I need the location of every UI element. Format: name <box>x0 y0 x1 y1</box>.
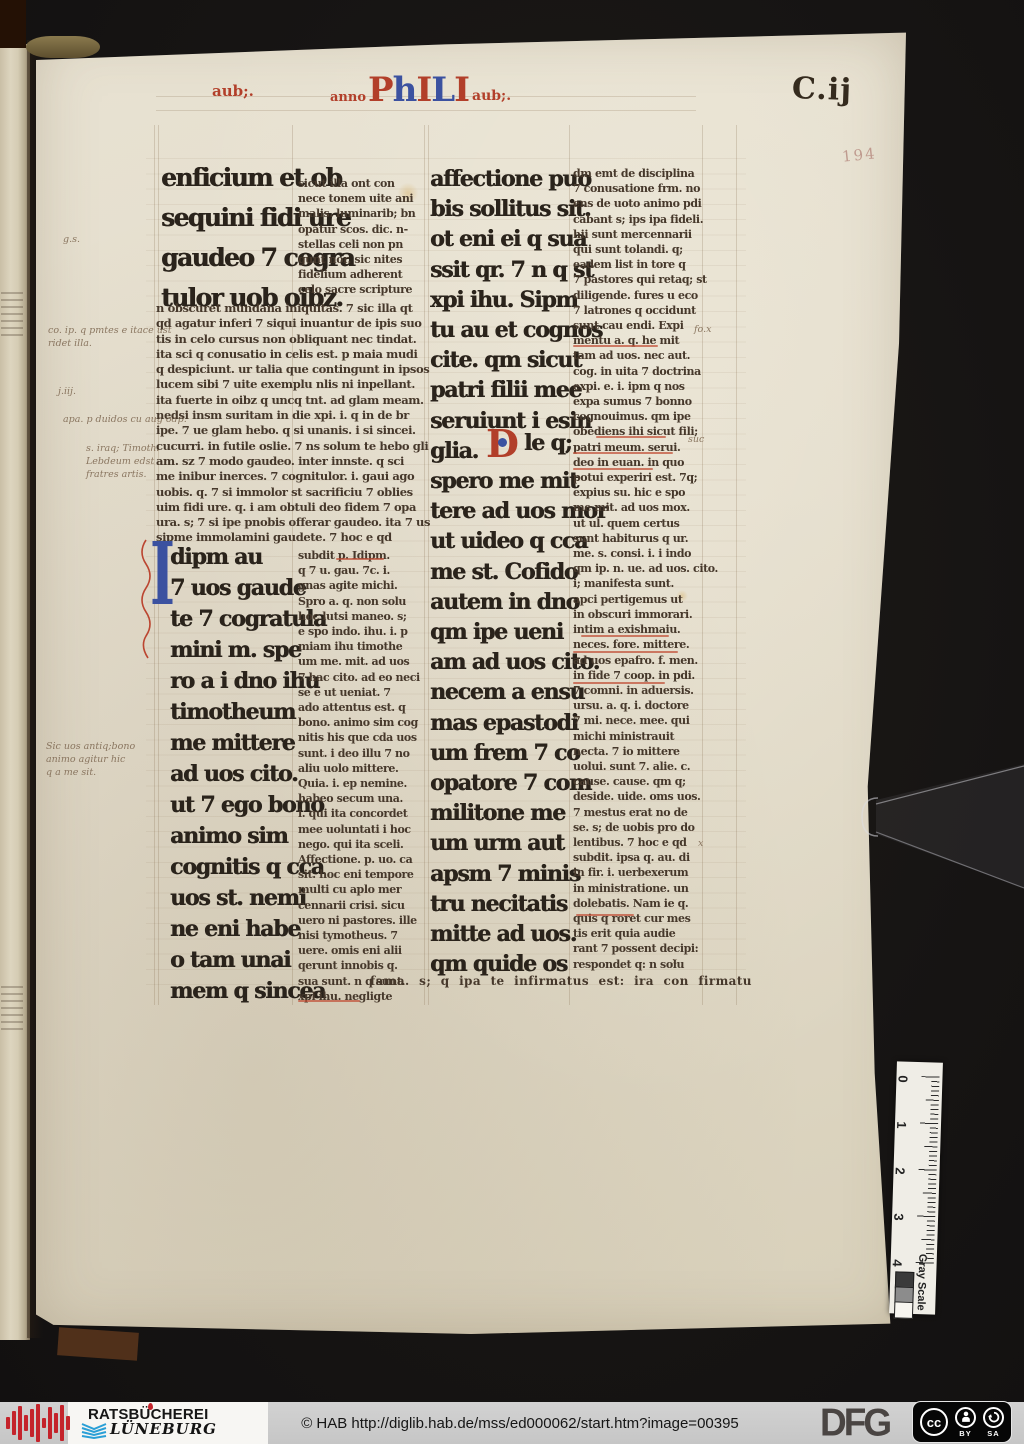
title-letter: I <box>416 70 431 110</box>
text-line: Spro a. q. non solu <box>298 594 428 609</box>
text-line: me. s. consi. i. i indo <box>573 546 701 561</box>
running-title-anno: anno <box>330 90 366 105</box>
margin-note: g.s. <box>63 234 80 245</box>
cc-icon: cc <box>920 1408 948 1436</box>
text-line: se. s; de uobis pro do <box>573 820 701 835</box>
text-line: Lebdeum edst <box>86 455 160 468</box>
text-line: sunt habiturus q ur. <box>573 531 701 546</box>
gloss-column-b-main: subdit p. Idipm.q 7 u. gau. 7c. i.gnas a… <box>298 548 428 1004</box>
rubric-underline <box>573 468 653 470</box>
grayscale-swatch-white <box>894 1301 914 1319</box>
text-line: nece tonem uite ani <box>298 191 428 206</box>
text-line: ut uideo q cca <box>430 526 580 556</box>
text-line: tru necitatis <box>430 889 580 919</box>
text-line: affectione puo <box>430 164 580 194</box>
margin-note: s. iraq; TimothiLebdeum edstfratres arti… <box>86 442 160 481</box>
text-line: fratres artis. <box>86 468 160 481</box>
text-line: expi. e. i. ipm q nos <box>573 379 701 394</box>
text-line: Sic uos antiq;bono <box>46 740 135 753</box>
text-line: me mit. ad uos mox. <box>573 500 701 515</box>
text-line: miam ihu timothe <box>298 639 428 654</box>
text-line: qui sunt tolandi. q; <box>573 242 701 257</box>
book-fan-icon <box>80 1420 108 1440</box>
text-line: sicut illa ont con <box>298 176 428 191</box>
cc-license-badge: cc BY SA <box>912 1401 1012 1443</box>
text-line: 7 mestus erat no de <box>573 805 701 820</box>
initial-d-ornament <box>498 438 507 447</box>
text-line: hii sunt mercennarii <box>573 227 701 242</box>
text-line: bono. animo sim cog <box>298 715 428 730</box>
text-line: patri filii mee <box>430 375 580 405</box>
text-line: cog. in uita 7 doctrina <box>573 364 701 379</box>
text-line: multi cu aplo mer <box>298 882 428 897</box>
rubric-underline <box>576 914 634 916</box>
text-line: nisi tymotheus. 7 <box>298 928 428 943</box>
page-holder-clip <box>852 742 1024 942</box>
text-line: nego. qui ita sceli. <box>298 837 428 852</box>
initial-d-follow: le q; <box>524 428 572 458</box>
text-line: habeo secum una. <box>298 791 428 806</box>
text-line: necta. 7 io mittere <box>573 744 701 759</box>
text-line: ot eni ei q sua <box>430 224 580 254</box>
rubric-underline <box>573 345 658 347</box>
text-line: se e ut ueniat. 7 <box>298 685 428 700</box>
text-line: ura. s; 7 si ipe pnobis offerar gaudeo. … <box>156 515 452 530</box>
text-line: sunt. i deo illu 7 no <box>298 746 428 761</box>
ruler-number: 3 <box>891 1213 906 1221</box>
library-city: LÜNEBURG <box>110 1420 217 1438</box>
facing-page-text-fragment <box>1 986 23 1032</box>
text-line: tis erit quia audie <box>573 926 701 941</box>
text-line: s. iraq; Timothi <box>86 442 160 455</box>
ruler-grayscale-card: 0 1 2 3 4 Gray Scale <box>889 1061 943 1314</box>
text-line: ado attentus est. q <box>298 700 428 715</box>
initial-i: I <box>150 530 175 620</box>
text-line: mas epastodi <box>430 708 580 738</box>
text-line: tere ad uos mor <box>430 496 580 526</box>
text-line: mitte ad uos. <box>430 919 580 949</box>
text-line: 7 mi. nece. mee. qui <box>573 713 701 728</box>
book-page-edges <box>0 44 30 1340</box>
text-line: mee uoluntati i hoc <box>298 822 428 837</box>
dfg-logo: DFG <box>820 1401 889 1444</box>
rubric-underline <box>573 651 678 653</box>
text-line: cognouimus. qm ipe <box>573 409 701 424</box>
manuscript-page: aub;. anno PhILI aub;. C.ij 194 g.s. co.… <box>36 30 906 1334</box>
text-line: cite. qm sicut <box>430 345 580 375</box>
gloss-column-d: dm emt de disciplina7 conusatione frm. n… <box>573 166 701 972</box>
cc-sa-label: SA <box>987 1429 999 1438</box>
text-line: apsm 7 minis <box>430 859 580 889</box>
text-line: cennarii crisi. sicu <box>298 898 428 913</box>
text-line: i; manifesta sunt. <box>573 576 701 591</box>
text-line: am. sz 7 modo gaudeo. inter innste. q sc… <box>156 454 452 469</box>
text-line: ut ul. quem certus <box>573 516 701 531</box>
text-line: 7 conusatione frm. no <box>573 181 701 196</box>
umlaut-dot-red <box>148 1403 153 1410</box>
text-line: animo agitur hic <box>46 753 135 766</box>
text-line: qerunt innobis q. <box>298 958 428 973</box>
text-line: ursu. a. q. i. doctore <box>573 698 701 713</box>
text-line: lentibus. 7 hoc e qd <box>573 835 701 850</box>
ruler-number: 4 <box>890 1259 905 1267</box>
text-line: subdit. ipsa q. au. di <box>573 850 701 865</box>
text-line: am ad uos cito. <box>430 647 580 677</box>
text-line: ssit qr. 7 n q st <box>430 255 580 285</box>
text-line: rant 7 possent decipi: <box>573 941 701 956</box>
text-line: uero ni pastores. ille <box>298 913 428 928</box>
rubric-underline <box>573 452 673 454</box>
chapter-mark: C.ij <box>791 71 852 108</box>
text-line: qd agatur inferi 7 siqui inuantur de ipi… <box>156 316 452 331</box>
text-line: me inibur inerces. 7 cognitulor. i. gaui… <box>156 469 452 484</box>
margin-note: j.iij. <box>58 386 76 397</box>
text-line: apci pertigemus ut <box>573 592 701 607</box>
text-line: lucem sibi 7 uite exemplu nlis ni inpell… <box>156 377 452 392</box>
text-line: opatore 7 com <box>430 768 580 798</box>
text-line: subdit p. Idipm. <box>298 548 428 563</box>
text-line: sunt cau endi. Expi <box>573 318 701 333</box>
text-line: nitis his que cda uos <box>298 730 428 745</box>
text-line: uolui. sunt 7. alie. c. <box>573 759 701 774</box>
gloss-bottom-line: fama. s; q ipa te infirmatus est: ira co… <box>370 974 915 988</box>
text-line: in obscuri immorari. <box>573 607 701 622</box>
text-line: i. qui ita concordet <box>298 806 428 821</box>
text-line: gnas agite michi. <box>298 578 428 593</box>
ruler-number: 1 <box>894 1121 909 1129</box>
text-line: opatur scos. dic. n- <box>298 222 428 237</box>
text-line: in fide 7 coop. in pdi. <box>573 668 701 683</box>
library-soundbars-logo <box>6 1404 70 1442</box>
scan-photograph: aub;. anno PhILI aub;. C.ij 194 g.s. co.… <box>0 0 1024 1444</box>
text-line: cabant s; ips ipa fideli. <box>573 212 701 227</box>
text-line: diligende. fures u eco <box>573 288 701 303</box>
text-line: um me. mit. ad uos <box>298 654 428 669</box>
text-line: Affectione. p. uo. ca <box>298 852 428 867</box>
text-line: q 7 u. gau. 7c. i. <box>298 563 428 578</box>
title-letter: h <box>393 70 417 110</box>
text-line: sit. hoc eni tempore <box>298 867 428 882</box>
text-line: co. ip. q pmtes e itace ust <box>48 324 172 337</box>
text-line: expius su. hic e spo <box>573 485 701 500</box>
text-line: dm emt de disciplina <box>573 166 701 181</box>
text-line: um urm aut <box>430 828 580 858</box>
text-line: tis in celo cursus non obliquant nec tin… <box>156 332 452 347</box>
text-line: hoc lutsi maneo. s; <box>298 609 428 624</box>
text-line: in ministratione. un <box>573 881 701 896</box>
text-line: malis. luminarib; bn <box>298 206 428 221</box>
rubric-underline <box>596 436 666 438</box>
ruler-number: 2 <box>893 1167 908 1175</box>
text-line: ita sci q conusatio in celis est. p maia… <box>156 347 452 362</box>
rubric-underline <box>581 635 669 637</box>
copyright-url: © HAB http://diglib.hab.de/mss/ed000062/… <box>280 1402 760 1444</box>
title-letter: I <box>454 70 469 110</box>
text-line: q despiciunt. ur talia que contingunt in… <box>156 362 452 377</box>
text-line: respondet q: n solu <box>573 957 701 972</box>
cc-sa-arrow-icon <box>983 1407 1004 1428</box>
cc-by-label: BY <box>959 1429 971 1438</box>
text-line: michi ministrauit <box>573 729 701 744</box>
rubric-underline <box>573 682 665 684</box>
text-line: 7 comni. in aduersis. <box>573 683 701 698</box>
ruling-line <box>736 125 737 1005</box>
text-line: autem in dno <box>430 587 580 617</box>
ruler-number: 0 <box>895 1075 910 1083</box>
text-line: qm ipe ueni <box>430 617 580 647</box>
text-line: ita fuerte in oibz q uncq tnt. ad glam m… <box>156 393 452 408</box>
text-line: in fir. i. uerbexerum <box>573 865 701 880</box>
ruler-ticks-cm <box>916 1076 940 1263</box>
text-line: potui experiri est. 7q; <box>573 470 701 485</box>
gloss-column-b-top: sicut illa ont connece tonem uite animal… <box>298 176 428 298</box>
text-line: uere. omis eni alii <box>298 943 428 958</box>
text-line: e spo indo. ihu. i. p <box>298 624 428 639</box>
text-line: uobis. q. 7 si immolor st sacrificiu 7 o… <box>156 485 452 500</box>
text-line: ridet illa. <box>48 337 172 350</box>
gloss-block-wide: n obscuret mundana iniquitas. 7 sic illa… <box>156 301 452 546</box>
text-line: tam ad uos. nec aut. <box>573 348 701 363</box>
text-line: um frem 7 co <box>430 738 580 768</box>
text-line: spero me mit <box>430 466 580 496</box>
cc-by-person-icon <box>955 1407 976 1428</box>
cc-sa-group: SA <box>983 1407 1004 1438</box>
text-line: ipe. 7 ue glam hebo. q si unanis. i si s… <box>156 423 452 438</box>
text-line: 7 latrones q occidunt <box>573 303 701 318</box>
text-line: Quia. i. ep nemine. <box>298 776 428 791</box>
text-line: 7 hac cito. ad eo neci <box>298 670 428 685</box>
leather-corner-top <box>0 0 26 48</box>
text-line: qm ip. n. ue. ad uos. cito. <box>573 561 701 576</box>
text-line: xpi ihu. Sipm <box>430 285 580 315</box>
running-title-left: aub;. <box>212 82 254 100</box>
title-letter: L <box>431 70 454 110</box>
text-line: tu au et cognos <box>430 315 580 345</box>
headband <box>26 36 100 58</box>
grayscale-label: Gray Scale <box>915 1254 929 1311</box>
text-line: aliu uolo mittere. <box>298 761 428 776</box>
ruling-line <box>428 125 429 1005</box>
rubric-underline <box>298 1000 360 1002</box>
text-line: dolebatis. Nam ie q. <box>573 896 701 911</box>
text-line: necem a ensu <box>430 677 580 707</box>
running-title-suffix: aub;. <box>472 88 511 104</box>
leather-corner-bottom <box>57 1327 139 1361</box>
running-title-phili: PhILI <box>368 70 469 110</box>
text-line: celo sacre scripture <box>298 282 428 297</box>
title-letter: P <box>368 70 393 110</box>
text-line: stellas celi non pn <box>298 237 428 252</box>
margin-note: co. ip. q pmtes e itace ustridet illa. <box>48 324 172 350</box>
text-line: militone me <box>430 798 580 828</box>
text-line: deside. uide. oms uos. <box>573 789 701 804</box>
ruling-line <box>156 110 696 111</box>
text-line: eadem list in tore q <box>573 257 701 272</box>
text-line: n obscuret mundana iniquitas. 7 sic illa… <box>156 301 452 316</box>
text-line: q a me sit. <box>46 766 135 779</box>
cc-by-group: BY <box>955 1407 976 1438</box>
text-line: bis sollitus sit. <box>430 194 580 224</box>
margin-note: Sic uos antiq;bonoanimo agitur hicq a me… <box>46 740 135 779</box>
facing-page-text-fragment <box>1 292 23 338</box>
text-line: ad uos epafro. f. men. <box>573 653 701 668</box>
text-line: expa sumus 7 bonno <box>573 394 701 409</box>
text-line: cause. cause. qm q; <box>573 774 701 789</box>
text-line: gunt nor. sic nites <box>298 252 428 267</box>
text-line: fidelium adherent <box>298 267 428 282</box>
text-line: cucurri. in futile oslie. 7 ns solum te … <box>156 439 452 454</box>
text-line: ens de uoto animo pdi <box>573 196 701 211</box>
text-line: uim fidi ure. q. i am obtuli deo fidem 7… <box>156 500 452 515</box>
text-line: 7 pastores qui retaq; st <box>573 272 701 287</box>
text-line: me st. Cofido <box>430 557 580 587</box>
text-line: nedsi insm suritam in die xpi. i. q in d… <box>156 408 452 423</box>
rubric-underline <box>336 558 384 560</box>
text-column-c: affectione puobis sollitus sit.ot eni ei… <box>430 164 580 979</box>
folio-number-pencil: 194 <box>841 144 877 166</box>
